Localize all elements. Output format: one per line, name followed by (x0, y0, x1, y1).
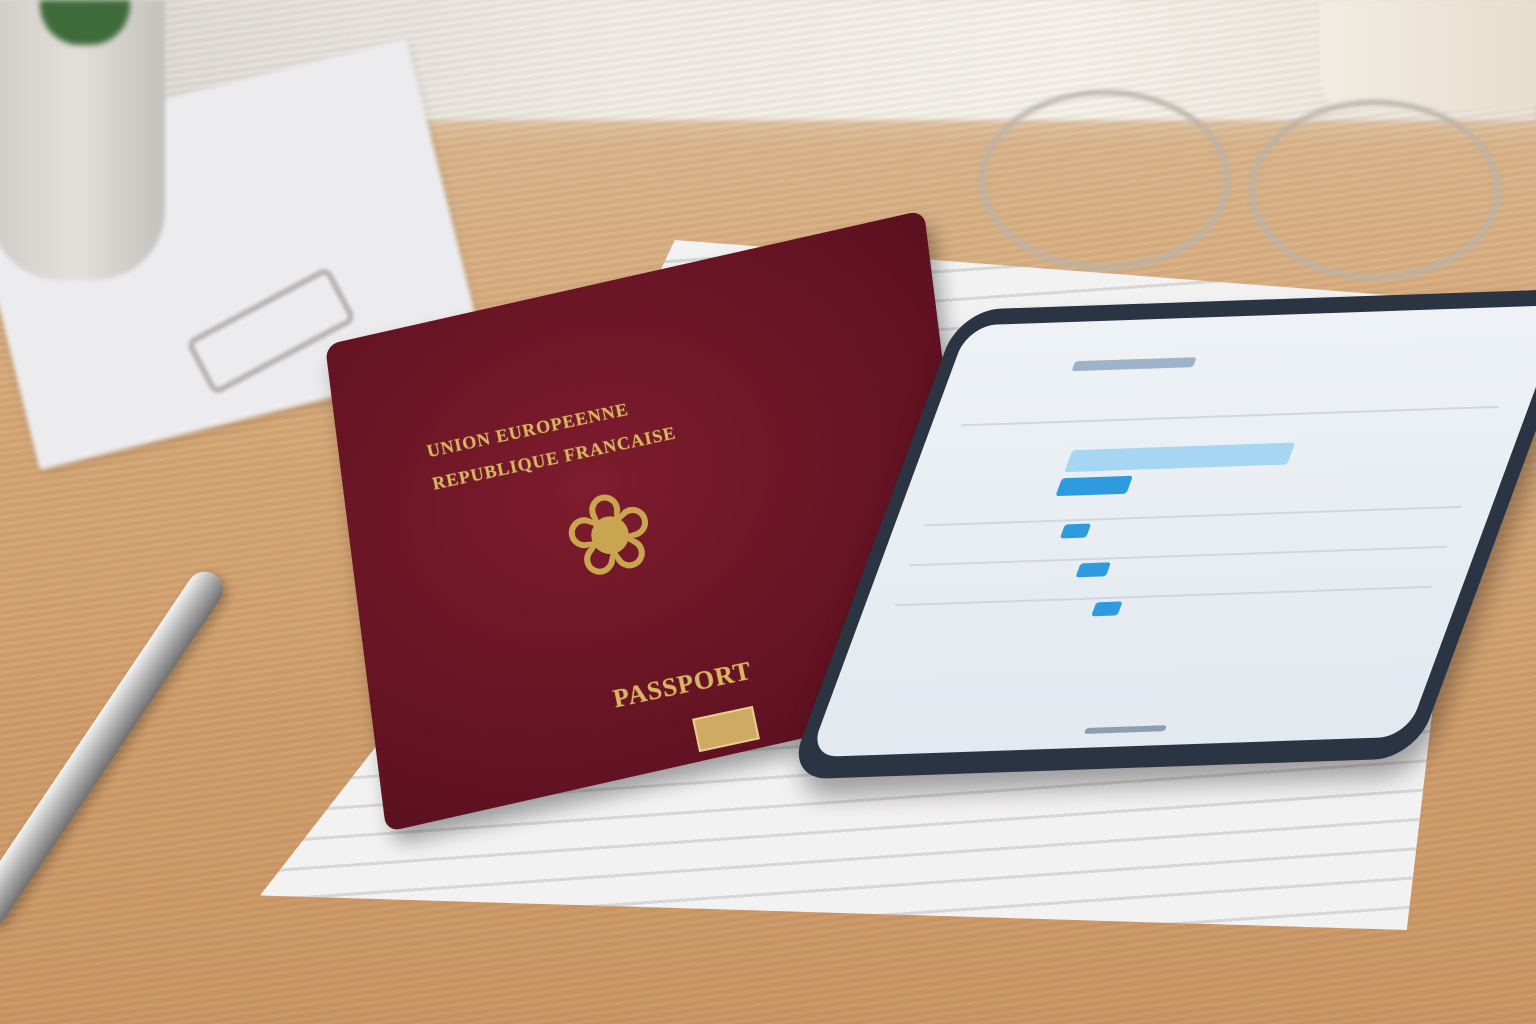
screen-tag (1075, 562, 1111, 577)
screen-divider (961, 406, 1499, 426)
screen-divider (924, 506, 1462, 526)
screen-tag (1091, 601, 1123, 616)
eyeglasses (960, 90, 1520, 280)
screen-progress-bar (1064, 443, 1295, 473)
screen-header (1071, 357, 1196, 371)
screen-divider (895, 586, 1433, 606)
screen-divider (909, 546, 1447, 566)
screen-button (1055, 476, 1133, 496)
lens-right (1250, 100, 1500, 280)
home-indicator (1083, 725, 1166, 734)
screen-tag (1060, 524, 1092, 539)
lens-left (980, 90, 1230, 270)
